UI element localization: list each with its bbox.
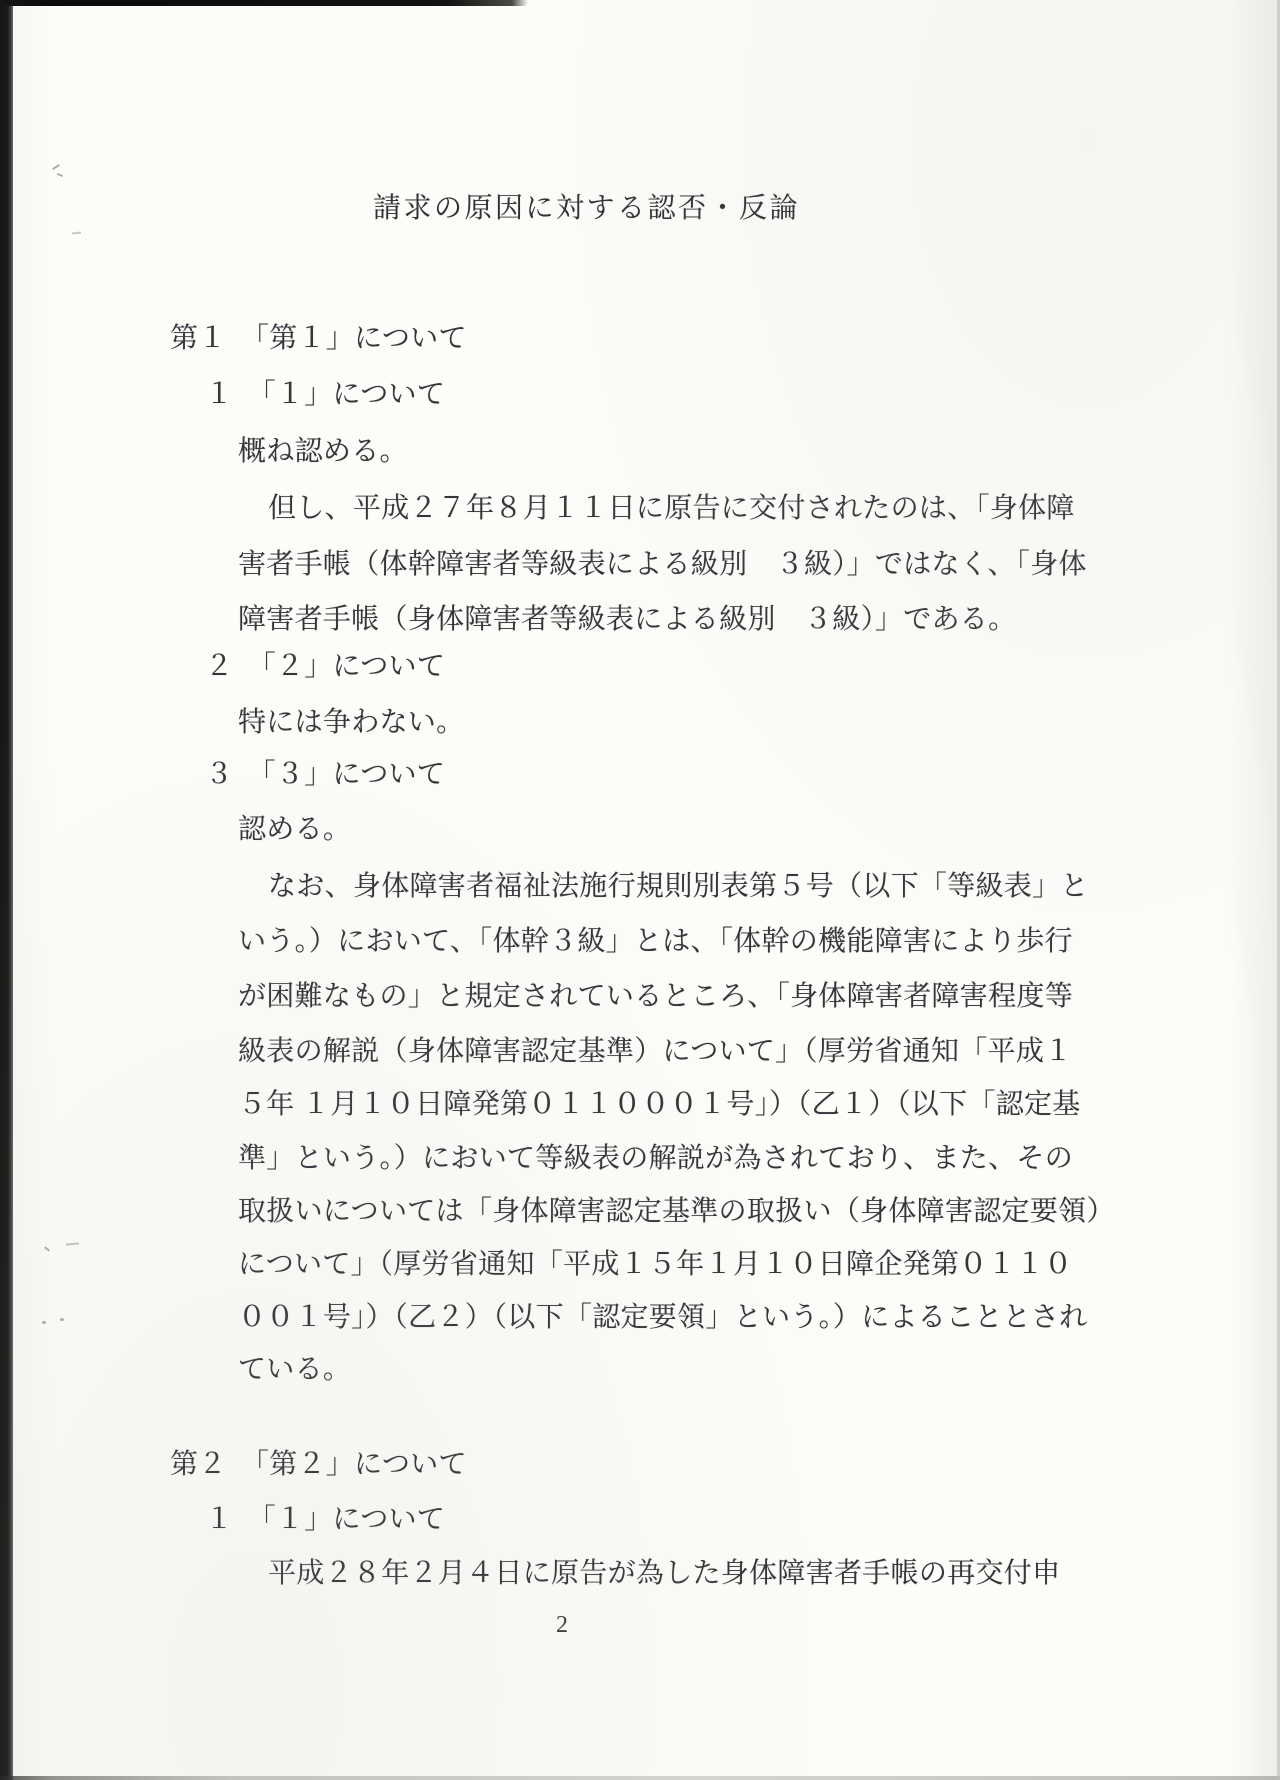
text-line: 但し、平成２７年８月１１日に原告に交付されたのは、「身体障: [268, 492, 1075, 526]
scan-edge-top-bar: [0, 0, 528, 6]
text-line: ている。: [238, 1353, 351, 1387]
text-line: ００１号」）（乙２）（以下「認定要領」という。）によることとされ: [238, 1301, 1088, 1335]
section-heading-2: 第２ 「第２」について: [170, 1448, 467, 1482]
text-line: 平成２８年２月４日に原告が為した身体障害者手帳の再交付申: [268, 1557, 1060, 1591]
document-title: 請求の原因に対する認否・反論: [373, 192, 800, 226]
text-line: 認める。: [238, 813, 351, 847]
text-line: 準」という。）において等級表の解説が為されており、また、その: [238, 1142, 1073, 1176]
text-line: いう。）において、「体幹３級」とは、「体幹の機能障害により歩行: [238, 925, 1073, 959]
text-line: 障害者手帳（身体障害者等級表による級別 ３級）」である。: [238, 603, 1016, 637]
item-heading-1-2: ２ 「２」について: [205, 650, 445, 684]
pencil-mark: [60, 1318, 64, 1321]
text-line: について」（厚労省通知「平成１５年１月１０日障企発第０１１０: [238, 1248, 1072, 1282]
item-heading-2-1: １ 「１」について: [205, 1503, 445, 1537]
text-line: 級表の解説（身体障害認定基準）について」（厚労省通知「平成１: [238, 1035, 1072, 1069]
text-line: 取扱いについては「身体障害認定基準の取扱い（身体障害認定要領）: [238, 1195, 1115, 1229]
text-line: が困難なもの」と規定されているところ、「身体障害者障害程度等: [238, 980, 1073, 1014]
pencil-mark: [42, 1321, 46, 1324]
text-line: なお、身体障害者福祉法施行規則別表第５号（以下「等級表」と: [268, 870, 1089, 904]
item-heading-1-3: ３ 「３」について: [205, 758, 445, 792]
text-line: ５年 １月１０日障発第０１１０００１号」）（乙１）（以下「認定基: [238, 1088, 1081, 1122]
scan-edge-left-bar: [0, 0, 13, 1780]
pencil-mark: [57, 173, 63, 177]
text-line: 概ね認める。: [238, 435, 408, 469]
pencil-mark: [52, 164, 60, 170]
item-heading-1-1: １ 「１」について: [205, 378, 445, 412]
pencil-mark: [72, 232, 81, 235]
section-heading-1: 第１ 「第１」について: [170, 322, 467, 356]
text-line: 特には争わない。: [238, 706, 464, 740]
scan-edge-bottom-line: [0, 1776, 1280, 1780]
scanned-document-page: 請求の原因に対する認否・反論 第１ 「第１」について １ 「１」について 概ね認…: [0, 0, 1280, 1780]
pencil-mark: [66, 1242, 79, 1245]
text-line: 害者手帳（体幹障害者等級表による級別 ３級）」ではなく、「身体: [238, 548, 1087, 582]
page-number: 2: [556, 1612, 568, 1639]
pencil-mark: [44, 1246, 50, 1251]
